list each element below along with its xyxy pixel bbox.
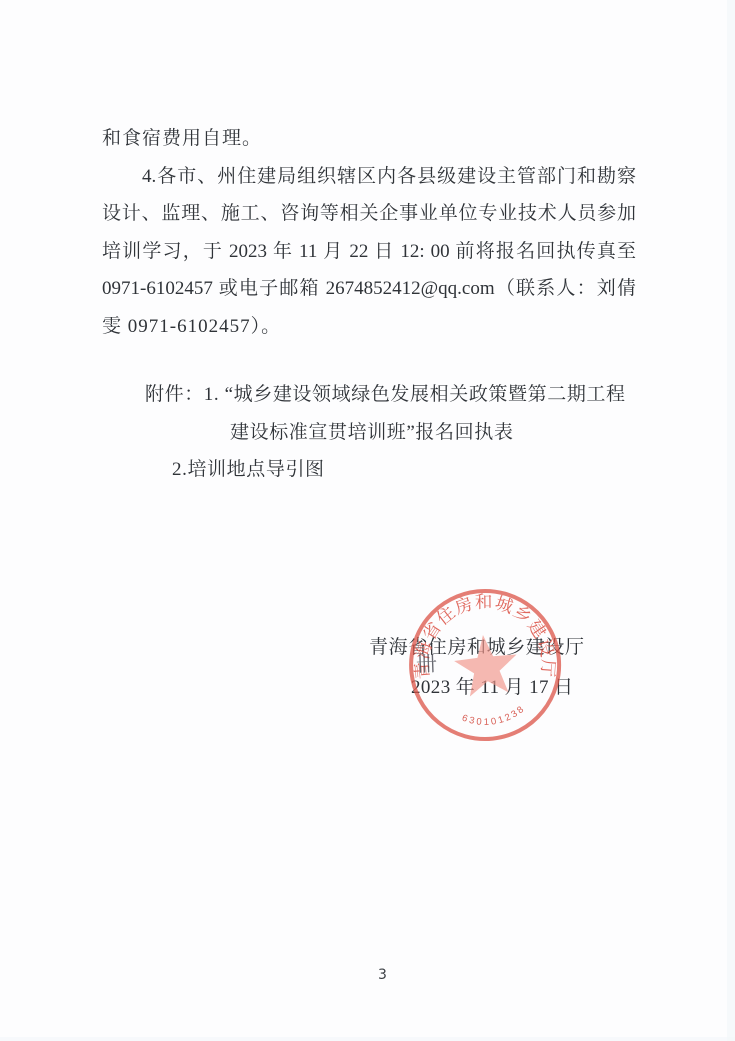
scan-edge-right: [727, 0, 735, 1041]
attachment-item-1-line-2: 建设标准宣贯培训班”报名回执表: [230, 414, 662, 452]
issuer-name: 青海省住房和城乡建设厅: [369, 632, 585, 659]
item4-line-4: 0971-6102457 或电子邮箱 2674852412@qq.com（联系人…: [102, 270, 636, 308]
item4-line-3: 培训学习，于 2023 年 11 月 22 日 12: 00 前将报名回执传真至: [102, 233, 636, 271]
paragraph-tail-line: 和食宿费用自理。: [102, 120, 636, 158]
scan-edge-bottom: [0, 1037, 735, 1041]
attachment-item-2: 2.培训地点导引图: [172, 451, 662, 489]
item4-line-1: 4.各市、州住建局组织辖区内各县级建设主管部门和勘察: [102, 158, 636, 196]
attachment-list: 附件：1. “城乡建设领域绿色发展相关政策暨第二期工程 建设标准宣贯培训班”报名…: [102, 376, 662, 489]
scanned-document-page: 和食宿费用自理。 4.各市、州住建局组织辖区内各县级建设主管部门和勘察 设计、监…: [0, 0, 735, 1041]
body-paragraphs: 和食宿费用自理。 4.各市、州住建局组织辖区内各县级建设主管部门和勘察 设计、监…: [102, 120, 636, 346]
attachment-item-1-line-1: 附件：1. “城乡建设领域绿色发展相关政策暨第二期工程: [145, 376, 662, 414]
stamp-smudge-artifact: 卌: [415, 648, 437, 679]
page-number: 3: [378, 967, 387, 983]
item4-line-5: 雯 0971-6102457）。: [102, 308, 636, 346]
item4-line-2: 设计、监理、施工、咨询等相关企事业单位专业技术人员参加: [102, 195, 636, 233]
